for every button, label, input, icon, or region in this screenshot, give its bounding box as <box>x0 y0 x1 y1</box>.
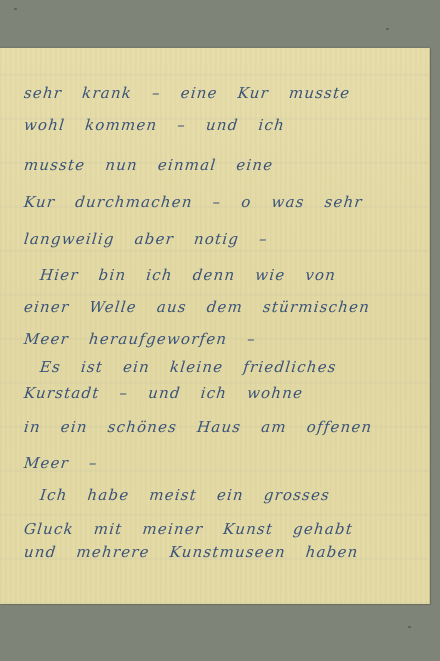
letter-line-13: Ich habe meist ein grosses <box>39 486 331 504</box>
letter-line-3: musste nun einmal eine <box>23 156 274 174</box>
letter-line-7: einer Welle aus dem stürmischen <box>23 298 371 316</box>
letter-line-1: sehr krank – eine Kur musste <box>23 84 351 102</box>
letter-line-11: in ein schönes Haus am offenen <box>23 418 373 436</box>
letter-line-8: Meer heraufgeworfen – <box>23 330 257 348</box>
letter-line-5: langweilig aber notig – <box>23 230 269 248</box>
background-speck <box>386 28 389 30</box>
letter-line-2: wohl kommen – und ich <box>23 116 286 134</box>
letter-line-14: Gluck mit meiner Kunst gehabt <box>23 520 354 538</box>
background-speck <box>408 626 411 628</box>
letter-line-12: Meer – <box>23 454 99 472</box>
background-speck <box>14 8 17 10</box>
letter-line-9: Es ist ein kleine friedliches <box>39 358 338 376</box>
letter-line-15: und mehrere Kunstmuseen haben <box>23 543 359 561</box>
letter-line-6: Hier bin ich denn wie von <box>39 266 337 284</box>
letter-line-10: Kurstadt – und ich wohne <box>23 384 304 402</box>
letter-line-4: Kur durchmachen – o was sehr <box>23 193 364 211</box>
